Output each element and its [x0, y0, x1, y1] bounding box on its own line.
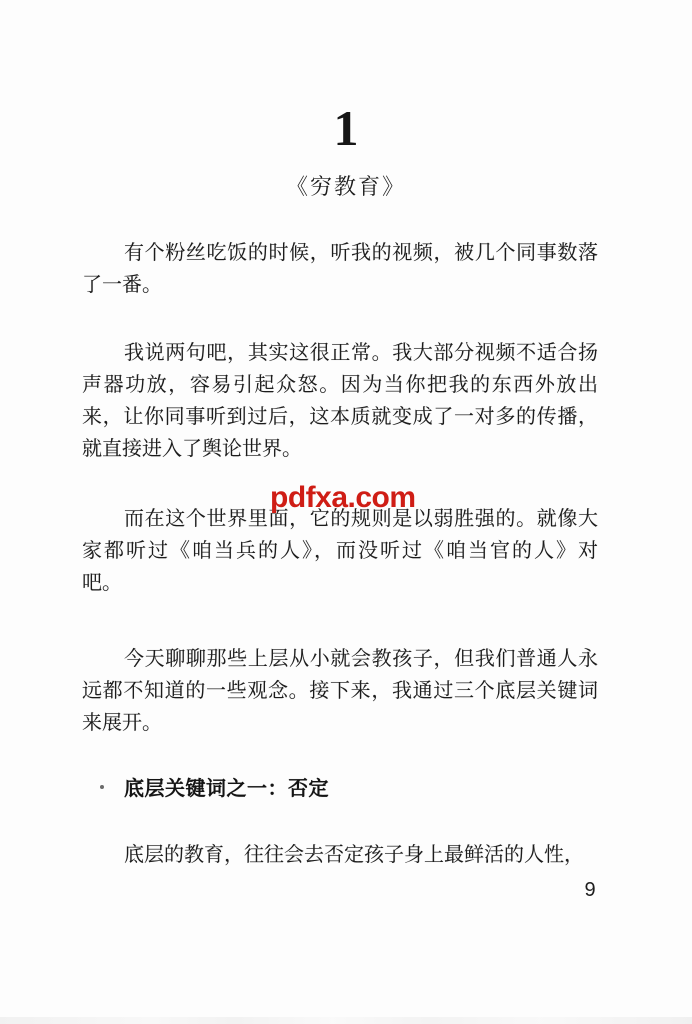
page-number: 9	[576, 874, 604, 906]
section-heading: 底层关键词之一：否定	[82, 773, 598, 805]
text-line: 来，让你同事听到过后，这本质就变成了一对多的传播，	[82, 401, 598, 433]
book-page: 1 《穷教育》 有个粉丝吃饭的时候，听我的视频，被几个同事数落 了一番。 我说两…	[0, 0, 692, 1024]
page-bottom-edge	[0, 1017, 692, 1024]
text-line: 吧。	[82, 567, 598, 599]
paragraph-2: 我说两句吧，其实这很正常。我大部分视频不适合扬 声器功放，容易引起众怒。因为当你…	[82, 337, 598, 465]
text-line: 家都听过《咱当兵的人》，而没听过《咱当官的人》对	[82, 535, 598, 567]
text-line: 今天聊聊那些上层从小就会教孩子，但我们普通人永	[82, 643, 598, 675]
pdfxa-watermark: pdfxa.com	[270, 483, 416, 513]
chapter-number: 1	[0, 103, 692, 153]
text-line: 了一番。	[82, 269, 598, 301]
text-line: 声器功放，容易引起众怒。因为当你把我的东西外放出	[82, 369, 598, 401]
chapter-title: 《穷教育》	[0, 171, 692, 203]
paragraph-5: 底层的教育，往往会去否定孩子身上最鲜活的人性，	[82, 839, 598, 871]
text-line: 我说两句吧，其实这很正常。我大部分视频不适合扬	[82, 337, 598, 369]
text-line: 就直接进入了舆论世界。	[82, 433, 598, 465]
text-line: 远都不知道的一些观念。接下来，我通过三个底层关键词	[82, 675, 598, 707]
text-line: 底层的教育，往往会去否定孩子身上最鲜活的人性，	[82, 839, 598, 871]
paragraph-1: 有个粉丝吃饭的时候，听我的视频，被几个同事数落 了一番。	[82, 237, 598, 301]
paragraph-4: 今天聊聊那些上层从小就会教孩子，但我们普通人永 远都不知道的一些观念。接下来，我…	[82, 643, 598, 739]
paragraph-3: 而在这个世界里面，它的规则是以弱胜强的。就像大 家都听过《咱当兵的人》，而没听过…	[82, 503, 598, 599]
text-line: 有个粉丝吃饭的时候，听我的视频，被几个同事数落	[82, 237, 598, 269]
text-line: 来展开。	[82, 707, 598, 739]
